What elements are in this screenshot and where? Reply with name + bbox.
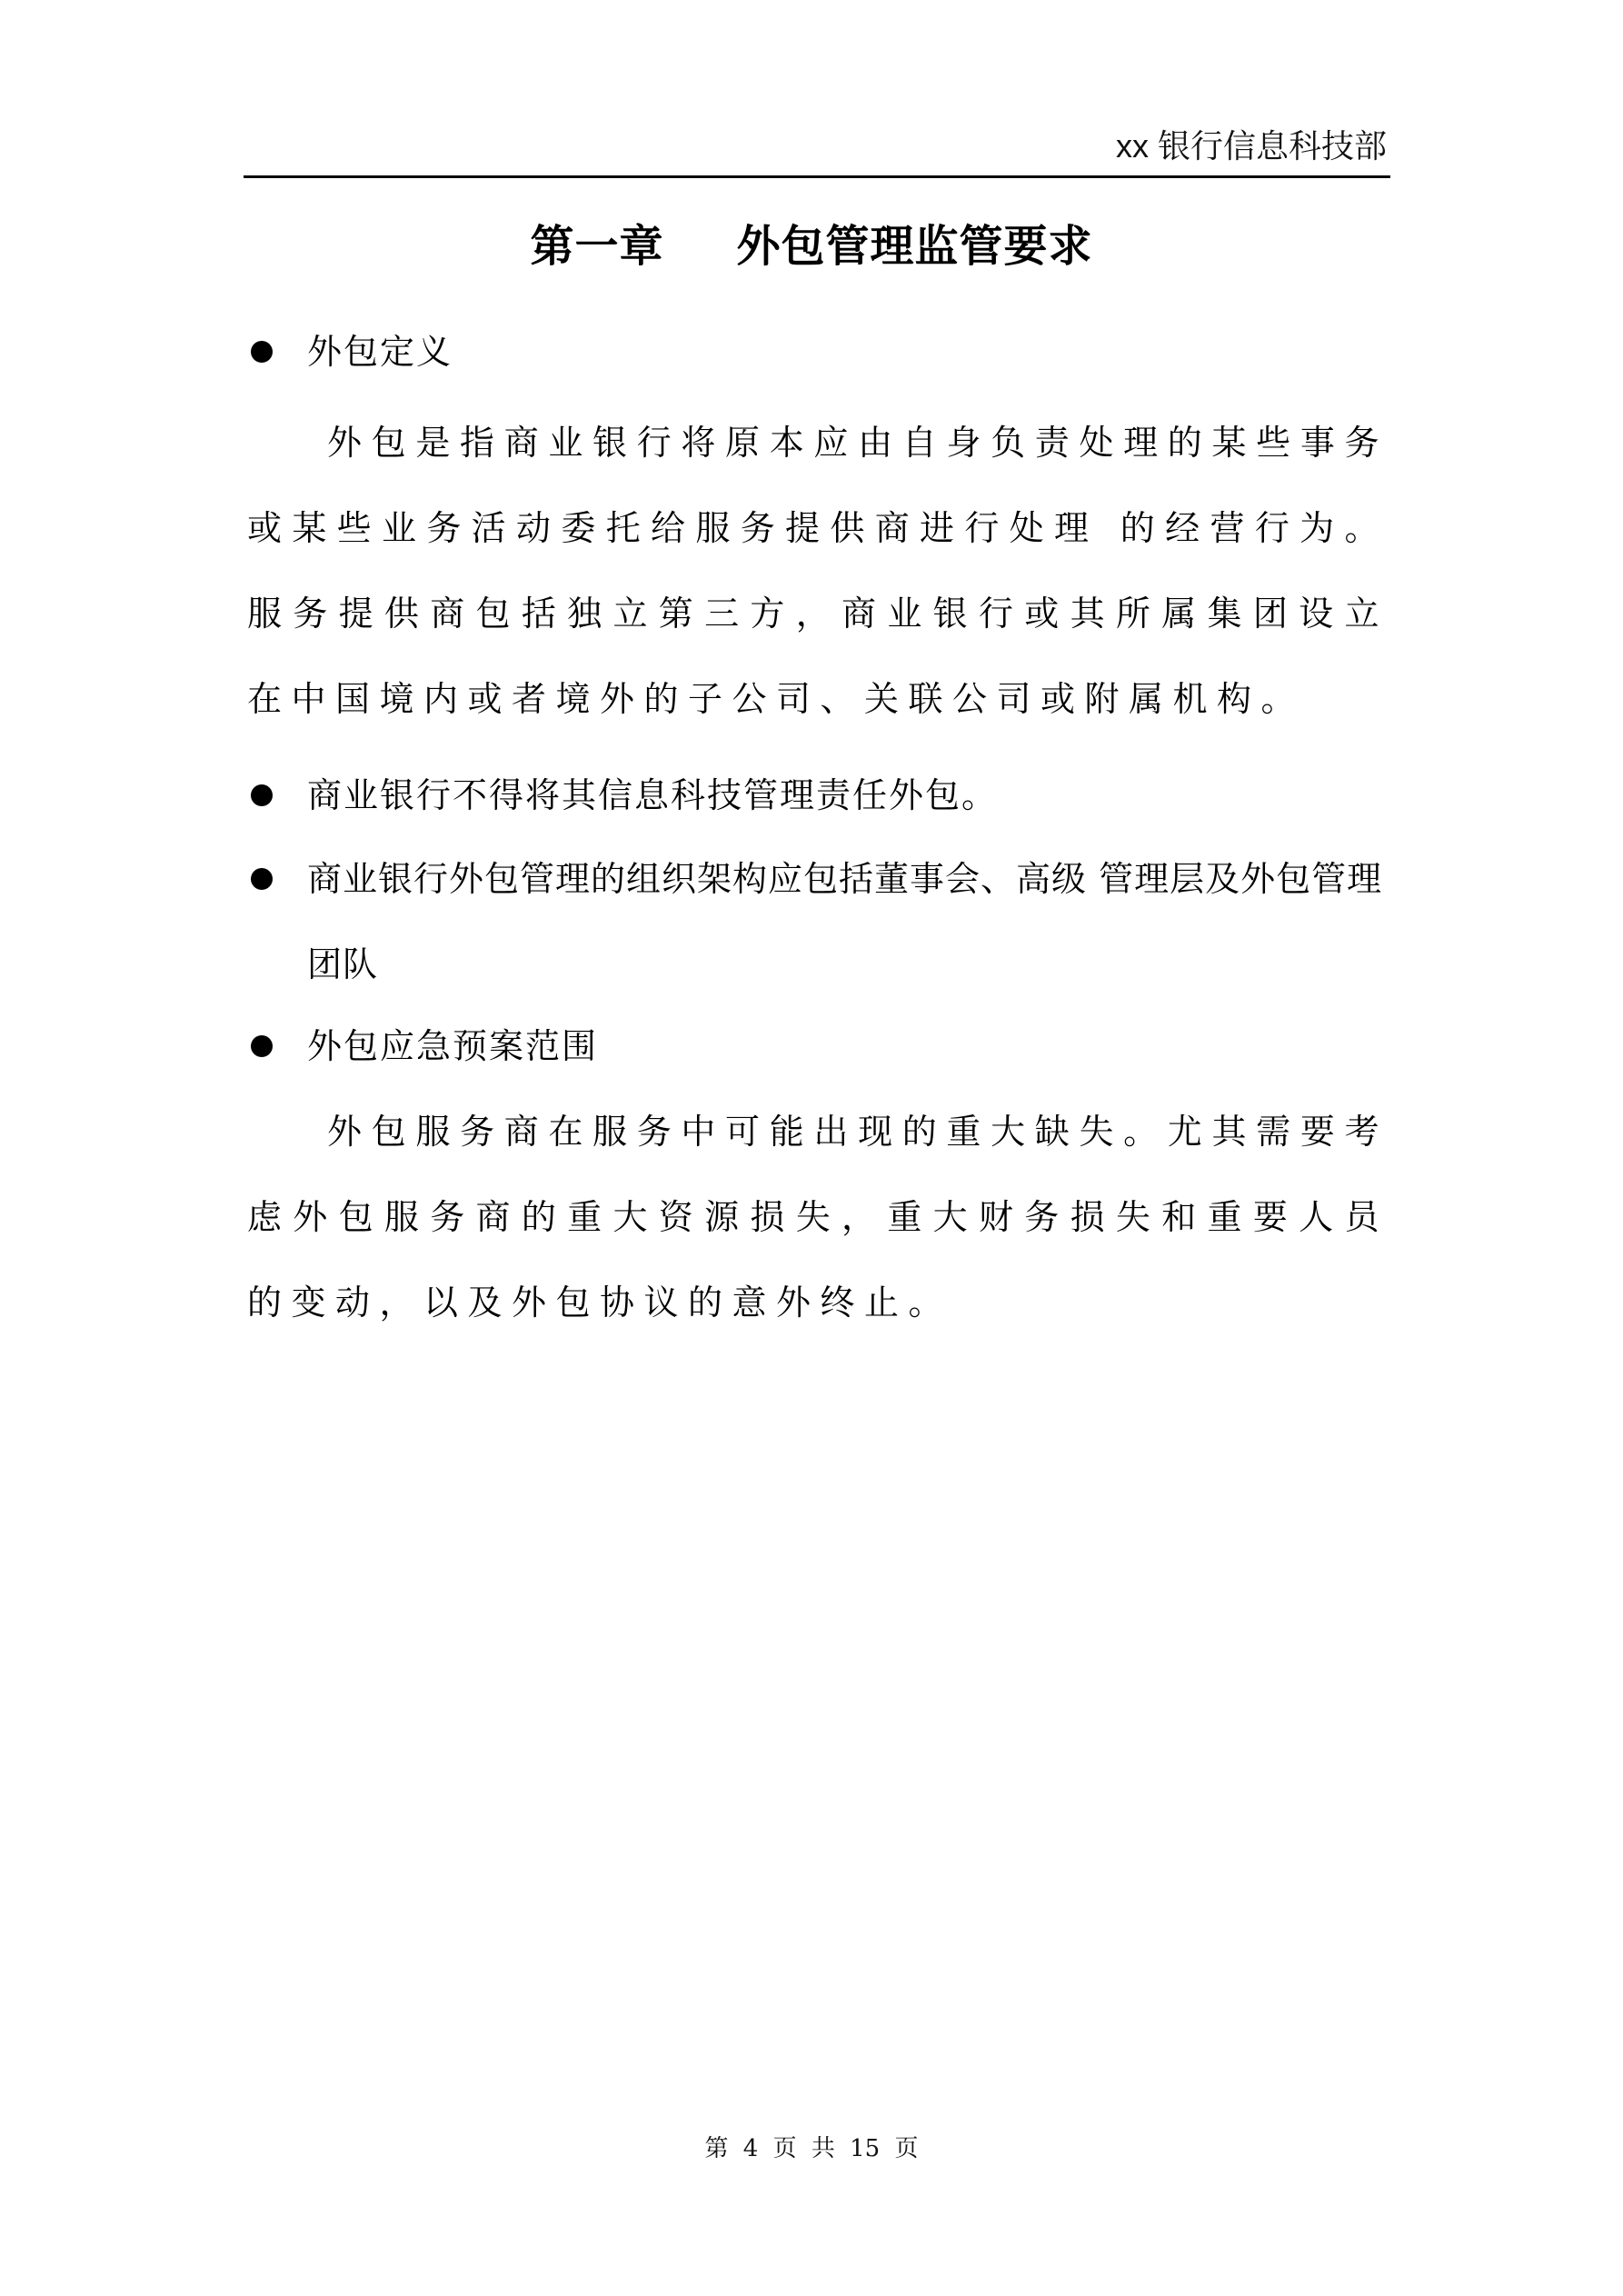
bullet-item-organization-structure: 商业银行外包管理的组织架构应包括董事会、高级 管理层及外包管理团队 <box>247 836 1389 1007</box>
header-org-text: xx 银行信息科技部 <box>1116 121 1387 167</box>
bullet-dot-icon <box>251 784 273 806</box>
chapter-heading: 外包管理监管要求 <box>737 221 1093 272</box>
header-divider <box>244 175 1390 178</box>
bullet-dot-icon <box>251 868 273 890</box>
document-body: 外包定义 外包是指商业银行将原本应由自身负责处理的某些事务或某些业务活动委托给服… <box>247 309 1389 1345</box>
bullet-label: 外包应急预案范围 <box>307 1003 1389 1089</box>
bullet-item-emergency-plan-scope: 外包应急预案范围 <box>247 1003 1389 1089</box>
bullet-item-outsourcing-definition: 外包定义 <box>247 309 1389 394</box>
bullet-label: 商业银行外包管理的组织架构应包括董事会、高级 管理层及外包管理团队 <box>307 836 1389 1007</box>
page-title: 第一章外包管理监管要求 <box>0 211 1623 274</box>
bullet-label: 商业银行不得将其信息科技管理责任外包。 <box>307 753 1389 838</box>
bullet-label: 外包定义 <box>307 309 1389 394</box>
bullet-dot-icon <box>251 1035 273 1057</box>
chapter-number: 第一章 <box>530 221 663 272</box>
paragraph-outsourcing-definition: 外包是指商业银行将原本应由自身负责处理的某些事务或某些业务活动委托给服务提供商进… <box>247 400 1389 742</box>
bullet-dot-icon <box>251 341 273 363</box>
page-footer: 第 4 页 共 15 页 <box>0 2130 1623 2163</box>
bullet-item-no-outsourcing-responsibility: 商业银行不得将其信息科技管理责任外包。 <box>247 753 1389 838</box>
paragraph-emergency-plan-scope: 外包服务商在服务中可能出现的重大缺失。尤其需要考虑外包服务商的重大资源损失，重大… <box>247 1089 1389 1345</box>
